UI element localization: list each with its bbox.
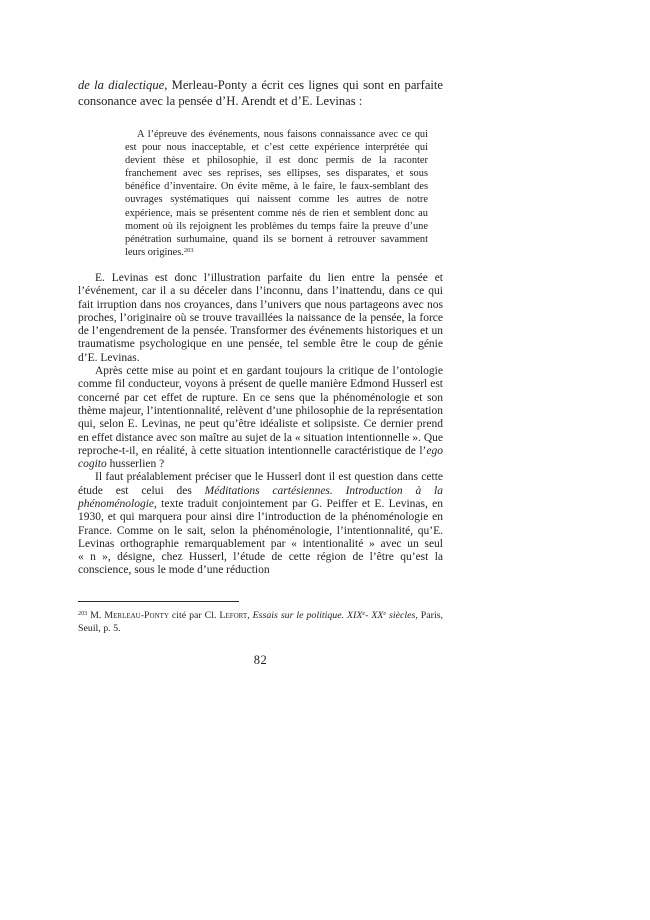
text-segment: E. Levinas est donc l’illustration parfa…: [78, 272, 443, 364]
superscript-note-ref: e: [383, 611, 386, 617]
body-paragraph-2: Après cette mise au point et en gardant …: [78, 365, 443, 471]
opening-paragraph: de la dialectique, Merleau-Ponty a écrit…: [78, 77, 443, 109]
text-segment: A l’épreuve des événements, nous faisons…: [125, 129, 428, 258]
document-page: de la dialectique, Merleau-Ponty a écrit…: [0, 0, 650, 920]
footnote: 203 M. Merleau-Ponty cité par Cl. Lefort…: [78, 609, 443, 635]
superscript-note-ref: 203: [184, 247, 194, 254]
page-number: 82: [78, 653, 443, 668]
text-segment: Essais sur le politique. XIX: [253, 610, 363, 621]
block-quote: A l’épreuve des événements, nous faisons…: [125, 128, 428, 259]
footnote-separator: [78, 601, 239, 602]
superscript-note-ref: e: [362, 611, 365, 617]
text-segment: de la dialectique: [78, 78, 164, 92]
text-segment: husserlien ?: [107, 458, 164, 470]
text-segment: Après cette mise au point et en gardant …: [78, 365, 443, 457]
text-segment: Lefort: [219, 610, 247, 621]
text-segment: siècles: [386, 610, 415, 621]
footnote-area: 203 M. Merleau-Ponty cité par Cl. Lefort…: [78, 601, 443, 635]
text-segment: - XX: [365, 610, 383, 621]
text-block: de la dialectique, Merleau-Ponty a écrit…: [78, 77, 443, 578]
text-segment: M.: [87, 610, 104, 621]
text-segment: Merleau-Ponty: [104, 610, 169, 621]
superscript-note-ref: 203: [78, 611, 87, 617]
text-segment: cité par Cl.: [169, 610, 219, 621]
body-paragraph-1: E. Levinas est donc l’illustration parfa…: [78, 272, 443, 365]
body-paragraph-3: Il faut préalablement préciser que le Hu…: [78, 471, 443, 577]
